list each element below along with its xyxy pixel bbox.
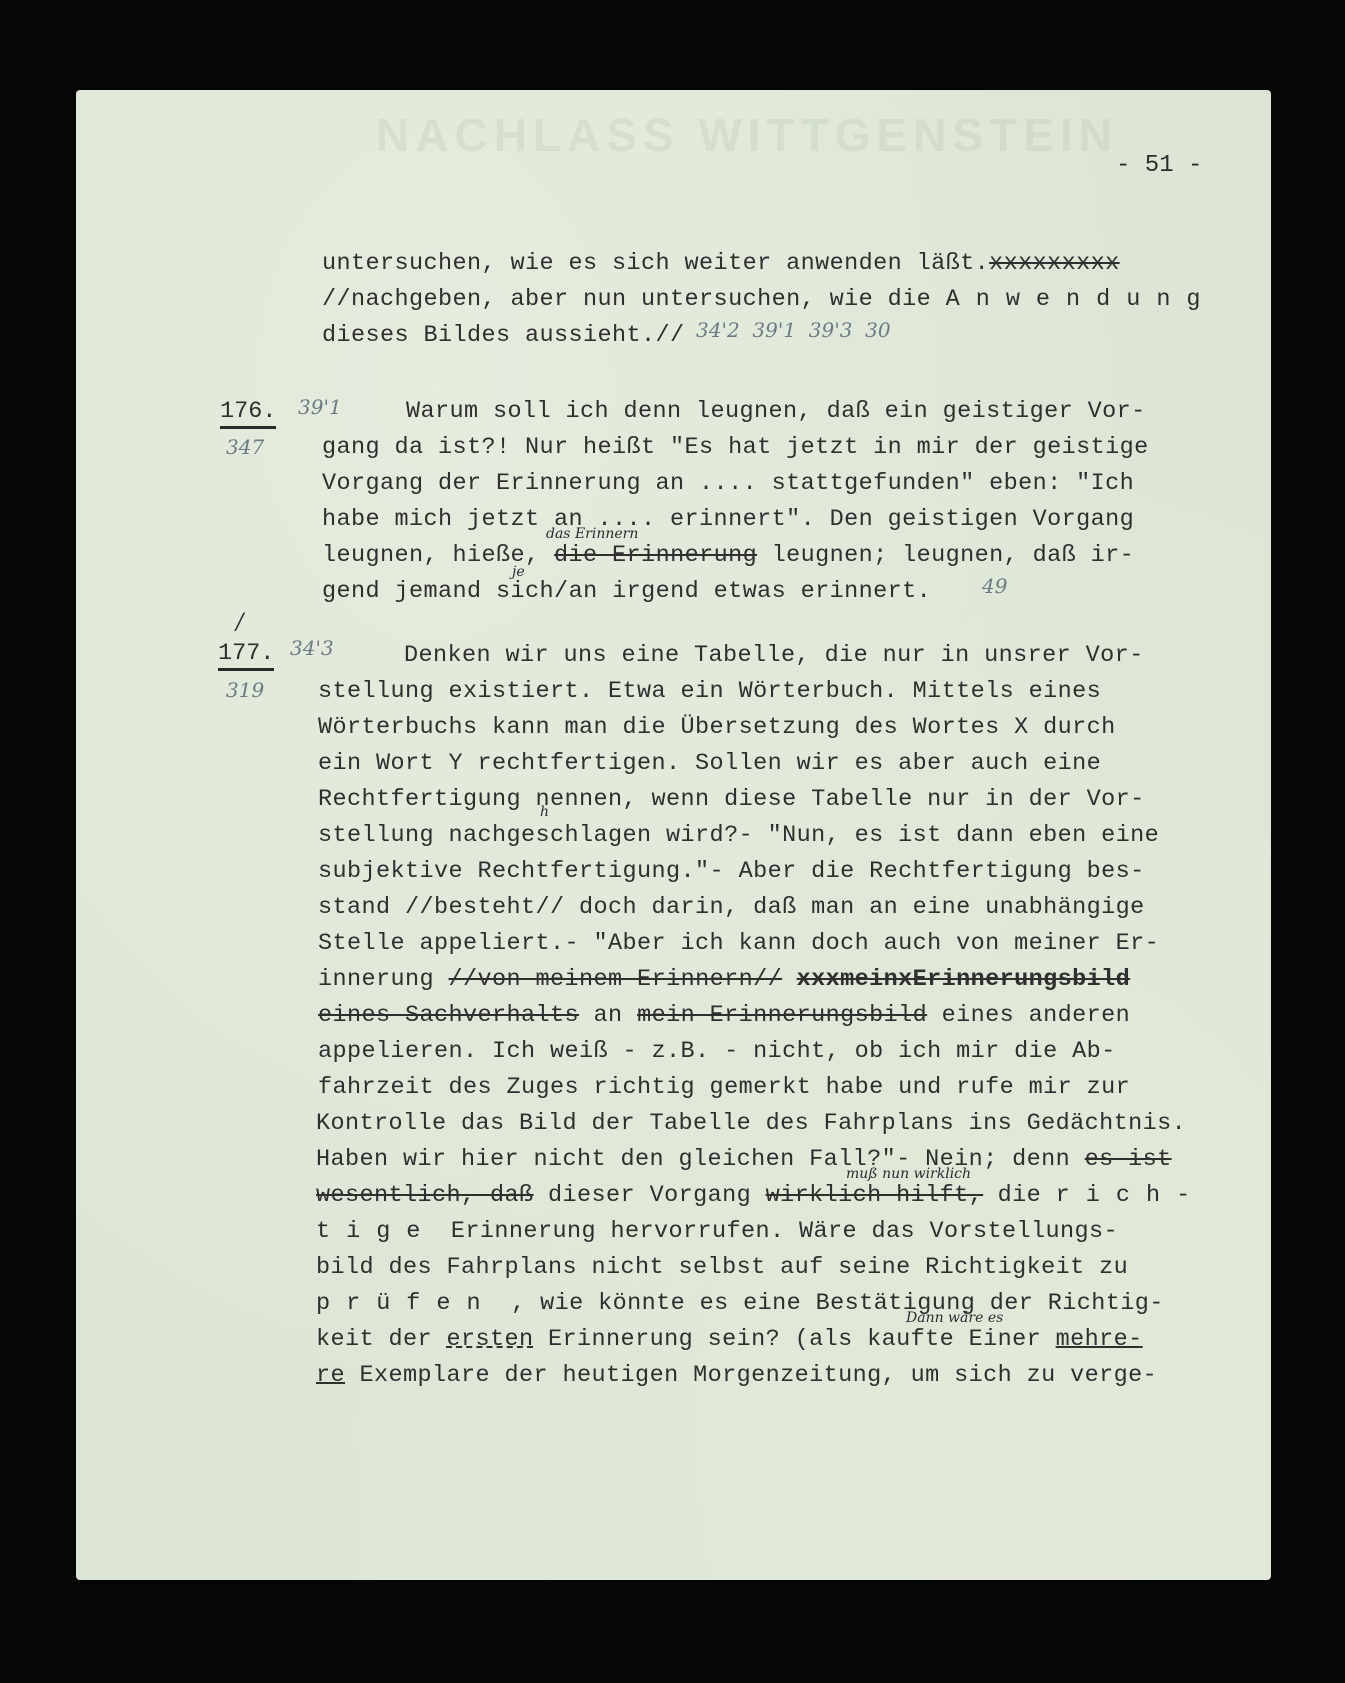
underlined-text: ersten <box>447 1326 534 1353</box>
text-line: Stelle appeliert.- "Aber ich kann doch a… <box>318 930 1159 957</box>
text-span: Erinnerung hervorrufen. Wäre das Vorstel… <box>436 1218 1118 1245</box>
handwritten-insertion: Dann wäre es <box>906 1310 1003 1326</box>
text-line: untersuchen, wie es sich weiter anwenden… <box>322 250 1120 277</box>
text-line: fahrzeit des Zuges richtig gemerkt habe … <box>318 1074 1130 1101</box>
text-line: Rechtfertigung nennen, wenn diese Tabell… <box>318 786 1145 813</box>
margin-note: 347 <box>226 435 264 459</box>
margin-note: 34'3 <box>290 636 334 660</box>
text-span: an <box>579 1002 637 1029</box>
text-span: //nachgeben, aber nun untersuchen, wie d… <box>322 286 946 313</box>
struck-text: es ist <box>1085 1146 1172 1173</box>
text-line: prüfen , wie könnte es eine Bestätigung … <box>316 1290 1164 1317</box>
text-line: dieses Bildes aussieht.// <box>322 322 685 349</box>
spaced-text: rich- <box>1056 1182 1207 1209</box>
text-span: Erinnerung sein? ( <box>534 1326 810 1353</box>
struck-text: die Erinnerung <box>554 542 757 569</box>
text-line: stellung nachgeschlagen wird?- "Nun, es … <box>318 822 1159 849</box>
text-line: gend jemand sich/an irgend etwas erinner… <box>322 578 931 605</box>
text-line: keit der ersten Erinnerung sein? (als ka… <box>316 1326 1143 1353</box>
text-line: eines Sachverhalts an mein Erinnerungsbi… <box>318 1002 1130 1029</box>
struck-text: eines Sachverhalts <box>318 1002 579 1029</box>
text-line: tige Erinnerung hervorrufen. Wäre das Vo… <box>316 1218 1118 1245</box>
text-line: innerung //von meinem Erinnern// xxxmein… <box>318 966 1130 993</box>
spaced-text: Anwendung <box>946 286 1217 313</box>
text-line: habe mich jetzt an .... erinnert". Den g… <box>322 506 1134 533</box>
text-line: gang da ist?! Nur heißt "Es hat jetzt in… <box>322 434 1149 461</box>
document-page: NACHLASS WITTGENSTEIN - 51 - untersuchen… <box>76 90 1271 1580</box>
underlined-text: re <box>316 1362 345 1389</box>
text-span: , wie könnte es eine Bestätigung der Ric… <box>497 1290 1164 1317</box>
paragraph-number: 177. <box>218 640 274 667</box>
text-line: Haben wir hier nicht den gleichen Fall?"… <box>316 1146 1172 1173</box>
struck-text: xxxmeinxErinnerungsbild <box>797 966 1131 993</box>
text-span: an irgend etwas erinnert. <box>569 578 932 605</box>
paragraph-number-text: 177. <box>218 640 274 671</box>
handwritten-insertion: das Erinnern <box>546 526 638 542</box>
margin-note: 319 <box>226 678 264 702</box>
text-span: gend jemand sich <box>322 578 554 605</box>
text-span: als kaufte Einer <box>809 1326 1056 1353</box>
paragraph-number-text: 176. <box>220 398 276 429</box>
text-line: wesentlich, daß dieser Vorgang wirklich … <box>316 1182 1206 1209</box>
text-span: keit der <box>316 1326 447 1353</box>
text-line: Warum soll ich denn leugnen, daß ein gei… <box>406 398 1146 425</box>
margin-note: 39'1 <box>298 395 342 419</box>
text-line: subjektive Rechtfertigung."- Aber die Re… <box>318 858 1145 885</box>
text-line: Denken wir uns eine Tabelle, die nur in … <box>404 642 1144 669</box>
page-number: - 51 - <box>1116 152 1202 179</box>
struck-text: //von meinem Erinnern// <box>449 966 783 993</box>
text-line: ein Wort Y rechtfertigen. Sollen wir es … <box>318 750 1101 777</box>
text-span: dieses Bildes aussieht.// <box>322 322 685 349</box>
text-line: stand //besteht// doch darin, daß man an… <box>318 894 1145 921</box>
text-line: leugnen, hieße, die Erinnerung leugnen; … <box>322 542 1134 569</box>
spaced-text: prüfen <box>316 1290 497 1317</box>
paragraph-number: 176. <box>220 398 276 425</box>
margin-tick-mark: / <box>236 610 243 635</box>
spaced-text: tige <box>316 1218 436 1245</box>
text-span: eines anderen <box>927 1002 1130 1029</box>
text-span: leugnen; leugnen, daß ir- <box>757 542 1134 569</box>
text-line: Wörterbuchs kann man die Übersetzung des… <box>318 714 1116 741</box>
text-line: bild des Fahrplans nicht selbst auf sein… <box>316 1254 1128 1281</box>
text-span: die <box>983 1182 1056 1209</box>
text-line: re Exemplare der heutigen Morgenzeitung,… <box>316 1362 1157 1389</box>
handwritten-insertion: muß nun wirklich <box>846 1166 971 1182</box>
struck-text: xxxxxxxxx <box>989 250 1120 277</box>
text-span: dieser Vorgang <box>534 1182 766 1209</box>
text-span: untersuchen, wie es sich weiter anwenden… <box>322 250 989 277</box>
text-line: stellung existiert. Etwa ein Wörterbuch.… <box>318 678 1101 705</box>
struck-text: wirklich hilft, <box>766 1182 984 1209</box>
insertion-mark: / <box>554 578 569 605</box>
text-line: Kontrolle das Bild der Tabelle des Fahrp… <box>316 1110 1186 1137</box>
handwritten-number: 49 <box>982 574 1007 598</box>
watermark: NACHLASS WITTGENSTEIN <box>376 108 1118 162</box>
text-span: Exemplare der heutigen Morgenzeitung, um… <box>345 1362 1157 1389</box>
handwritten-insertion: h <box>540 804 549 820</box>
text-span: innerung <box>318 966 449 993</box>
text-line: //nachgeben, aber nun untersuchen, wie d… <box>322 286 1217 313</box>
underlined-text: mehre- <box>1056 1326 1143 1353</box>
text-line: Vorgang der Erinnerung an .... stattgefu… <box>322 470 1134 497</box>
struck-text: wesentlich, daß <box>316 1182 534 1209</box>
struck-text: mein Erinnerungsbild <box>637 1002 927 1029</box>
text-line: appelieren. Ich weiß - z.B. - nicht, ob … <box>318 1038 1116 1065</box>
handwritten-references: 34'2 39'1 39'3 30 <box>696 318 891 342</box>
